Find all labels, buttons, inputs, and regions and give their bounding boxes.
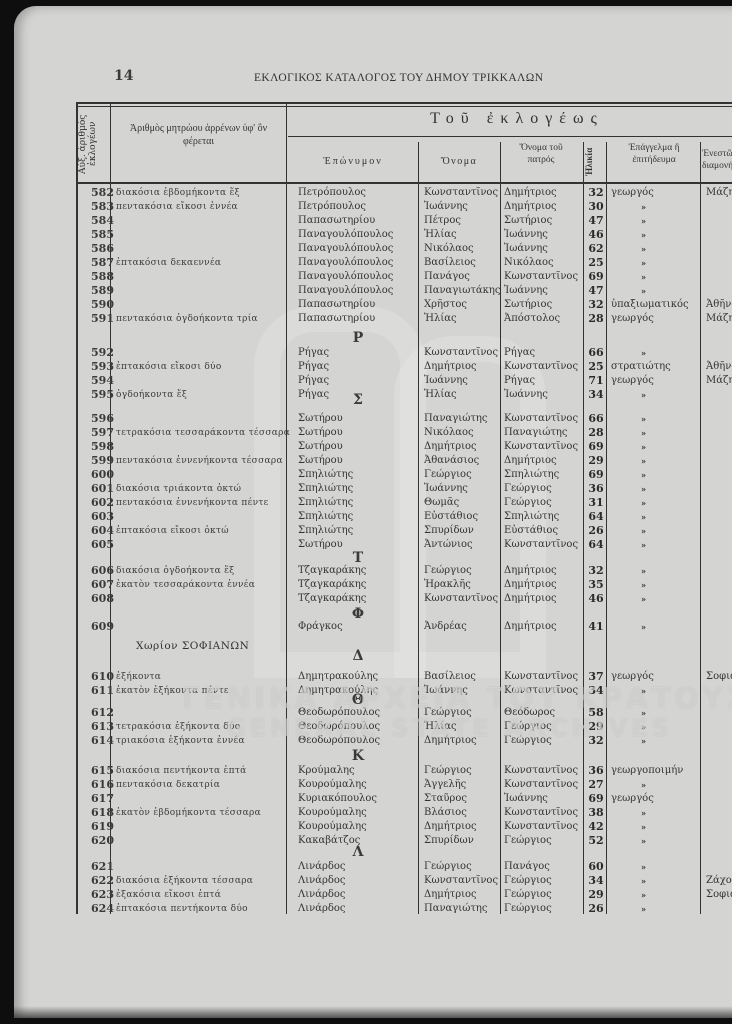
register-number-words-cell: διακόσια πεντήκοντα ἑπτά xyxy=(116,764,247,778)
age-cell: 25 xyxy=(586,256,606,270)
surname-cell: Παναγουλόπουλος xyxy=(298,256,393,270)
table-row: 603ΣπηλιώτηςΕὐστάθιοςΣπηλιώτης64»» xyxy=(76,510,732,524)
father-name-cell: Σπηλιώτης xyxy=(504,510,559,524)
occupation-cell: » xyxy=(641,496,646,510)
age-cell: 69 xyxy=(586,468,606,482)
occupation-cell: » xyxy=(641,902,646,916)
surname-cell: Σπηλιώτης xyxy=(298,524,353,538)
father-name-cell: Παναγιώτης xyxy=(504,426,567,440)
surname-cell: Σωτήρου xyxy=(298,426,343,440)
table-row: 604ἑπτακόσια εἴκοσι ὀκτώΣπηλιώτηςΣπυρίδω… xyxy=(76,524,732,538)
table-row: 616πεντακόσια δεκατρίαΚουρούμαληςἈγγελῆς… xyxy=(76,778,732,792)
table-row: 582διακόσια ἑβδομήκοντα ἕξΠετρόπουλοςΚων… xyxy=(76,186,732,200)
serial-number-cell: 600 xyxy=(84,468,114,482)
surname-cell: Λινάρδος xyxy=(298,874,346,888)
residence-cell: Ζάχολην xyxy=(706,874,732,888)
occupation-cell: » xyxy=(641,578,646,592)
watermark-text-greek: ΓΕΝΙΚΑ ΑΡΧΕΙΑ ΤΟΥ ΚΡΑΤΟΥΣ xyxy=(182,682,732,715)
serial-number-cell: 621 xyxy=(84,860,114,874)
age-cell: 69 xyxy=(586,270,606,284)
father-name-cell: Κωνσταντῖνος xyxy=(504,778,578,792)
running-title: ΕΚΛΟΓΙΚΟΣ ΚΑΤΑΛΟΓΟΣ ΤΟΥ ΔΗΜΟΥ ΤΡΙΚΚΑΛΩΝ xyxy=(254,72,543,84)
serial-number-cell: 604 xyxy=(84,524,114,538)
table-row: 588ΠαναγουλόπουλοςΠανάγοςΚωνσταντῖνος69»… xyxy=(76,270,732,284)
table-row: 605ΣωτήρουἈντώνιοςΚωνσταντῖνος64»» xyxy=(76,538,732,552)
register-number-words-cell: ἑπτακόσια πεντήκοντα δύο xyxy=(116,902,248,916)
table-row: 620ΚακαβάτζοςΣπυρίδωνΓεώργιος52»» xyxy=(76,834,732,848)
letter-heading: Κ xyxy=(338,748,378,764)
register-number-words-cell: ἑξακόσια εἴκοσι ἑπτά xyxy=(116,888,221,902)
serial-number-cell: 620 xyxy=(84,834,114,848)
first-name-cell: Ἰωάννης xyxy=(424,200,468,214)
serial-number-cell: 596 xyxy=(84,412,114,426)
first-name-cell: Νικόλαος xyxy=(424,242,474,256)
age-cell: 66 xyxy=(586,412,606,426)
first-name-cell: Γεώργιος xyxy=(424,468,472,482)
serial-number-cell: 593 xyxy=(84,360,114,374)
header-father-name: Ὄνομα τοῦ πατρός xyxy=(506,142,576,166)
serial-number-cell: 610 xyxy=(84,670,114,684)
header-voter-group: Τοῦ ἐκλογέως xyxy=(288,110,732,128)
serial-number-cell: 582 xyxy=(84,186,114,200)
age-cell: 64 xyxy=(586,538,606,552)
occupation-cell: » xyxy=(641,284,646,298)
first-name-cell: Ἠλίας xyxy=(424,312,457,326)
surname-cell: Τζαγκαράκης xyxy=(298,578,366,592)
register-number-words-cell: διακόσια ὀγδοήκοντα ἕξ xyxy=(116,564,235,578)
first-name-cell: Γεώργιος xyxy=(424,860,472,874)
father-name-cell: Ἀπόστολος xyxy=(504,312,560,326)
father-name-cell: Κωνσταντῖνος xyxy=(504,440,578,454)
table-row: 583πεντακόσια εἴκοσι ἐννέαΠετρόπουλοςἸωά… xyxy=(76,200,732,214)
occupation-cell: » xyxy=(641,256,646,270)
age-cell: 47 xyxy=(586,284,606,298)
surname-cell: Σωτήρου xyxy=(298,538,343,552)
first-name-cell: Βασίλειος xyxy=(424,256,476,270)
surname-cell: Κουρούμαλης xyxy=(298,806,367,820)
serial-number-cell: 612 xyxy=(84,706,114,720)
father-name-cell: Ἰωάννης xyxy=(504,284,548,298)
first-name-cell: Δημήτριος xyxy=(424,440,477,454)
table-row: 599πεντακόσια ἐννενήκοντα τέσσαραΣωτήρου… xyxy=(76,454,732,468)
father-name-cell: Γεώργιος xyxy=(504,902,552,916)
father-name-cell: Δημήτριος xyxy=(504,200,557,214)
age-cell: 26 xyxy=(586,902,606,916)
serial-number-cell: 592 xyxy=(84,346,114,360)
father-name-cell: Κωνσταντῖνος xyxy=(504,820,578,834)
serial-number-cell: 615 xyxy=(84,764,114,778)
document-page: 14 ΕΚΛΟΓΙΚΟΣ ΚΑΤΑΛΟΓΟΣ ΤΟΥ ΔΗΜΟΥ ΤΡΙΚΚΑΛ… xyxy=(14,6,732,1018)
table-row: 594ΡήγαςἸωάννηςΡήγας71γεωργόςΜάζη xyxy=(76,374,732,388)
surname-cell: Λινάρδος xyxy=(298,888,346,902)
father-name-cell: Ἰωάννης xyxy=(504,792,548,806)
table-row: 608ΤζαγκαράκηςΚωνσταντῖνοςΔημήτριος46»» xyxy=(76,592,732,606)
first-name-cell: Ἀθανάσιος xyxy=(424,454,479,468)
father-name-cell: Κωνσταντῖνος xyxy=(504,806,578,820)
register-number-words-cell: τετρακόσια τεσσαράκοντα τέσσαρα xyxy=(116,426,290,440)
register-number-words-cell: πεντακόσια ἐννενήκοντα τέσσαρα xyxy=(116,454,283,468)
first-name-cell: Γεώργιος xyxy=(424,764,472,778)
father-name-cell: Σπηλιώτης xyxy=(504,468,559,482)
surname-cell: Πετρόπουλος xyxy=(298,200,366,214)
surname-cell: Ρήγας xyxy=(298,388,329,402)
father-name-cell: Γεώργιος xyxy=(504,496,552,510)
table-row: 617ΚυριακόπουλοςΣταῦροςἸωάννης69γεωργός» xyxy=(76,792,732,806)
register-number-words-cell: πεντακόσια ὀγδοήκοντα τρία xyxy=(116,312,258,326)
serial-number-cell: 605 xyxy=(84,538,114,552)
table-row: 592ΡήγαςΚωνσταντῖνοςΡήγας66»» xyxy=(76,346,732,360)
serial-number-cell: 591 xyxy=(84,312,114,326)
register-number-words-cell: τετρακόσια ἑξήκοντα δύο xyxy=(116,720,240,734)
occupation-cell: » xyxy=(641,778,646,792)
serial-number-cell: 588 xyxy=(84,270,114,284)
serial-number-cell: 622 xyxy=(84,874,114,888)
first-name-cell: Βλάσιος xyxy=(424,806,467,820)
register-number-words-cell: ἑπτακόσια δεκαεννέα xyxy=(116,256,221,270)
village-section-title: Χωρίον ΣΟΦΙΑΝΩΝ xyxy=(136,640,249,652)
table-row: 585ΠαναγουλόπουλοςἨλίαςἸωάννης46»» xyxy=(76,228,732,242)
father-name-cell: Γεώργιος xyxy=(504,482,552,496)
header-serial-number: Αὐξ. ἀριθμὸς ἐκλογέων xyxy=(78,104,108,184)
surname-cell: Σπηλιώτης xyxy=(298,482,353,496)
age-cell: 34 xyxy=(586,874,606,888)
voter-register-table: Αὐξ. ἀριθμὸς ἐκλογέων Ἀριθμὸς μητρώου ἀρ… xyxy=(76,102,732,922)
occupation-cell: » xyxy=(641,860,646,874)
age-cell: 42 xyxy=(586,820,606,834)
father-name-cell: Γεώργιος xyxy=(504,888,552,902)
occupation-cell: » xyxy=(641,200,646,214)
table-row: 595ὀγδοήκοντα ἕξΡήγαςἨλίαςἸωάννης34»» xyxy=(76,388,732,402)
father-name-cell: Κωνσταντῖνος xyxy=(504,412,578,426)
occupation-cell: » xyxy=(641,454,646,468)
first-name-cell: Ἀγγελῆς xyxy=(424,778,466,792)
occupation-cell: » xyxy=(641,482,646,496)
father-name-cell: Δημήτριος xyxy=(504,578,557,592)
serial-number-cell: 584 xyxy=(84,214,114,228)
serial-number-cell: 609 xyxy=(84,620,114,634)
occupation-cell: » xyxy=(641,468,646,482)
table-row: 624ἑπτακόσια πεντήκοντα δύοΛινάρδοςΠαναγ… xyxy=(76,902,732,916)
header-residence: Ἐνεστῶσα διαμονή xyxy=(702,148,732,172)
table-row: 619ΚουρούμαληςΔημήτριοςΚωνσταντῖνος42»» xyxy=(76,820,732,834)
serial-number-cell: 606 xyxy=(84,564,114,578)
table-row: 596ΣωτήρουΠαναγιώτηςΚωνσταντῖνος66»» xyxy=(76,412,732,426)
father-name-cell: Δημήτριος xyxy=(504,454,557,468)
occupation-cell: » xyxy=(641,440,646,454)
age-cell: 69 xyxy=(586,792,606,806)
serial-number-cell: 585 xyxy=(84,228,114,242)
occupation-cell: » xyxy=(641,270,646,284)
residence-cell: Μάζη xyxy=(706,312,732,326)
father-name-cell: Κωνσταντῖνος xyxy=(504,270,578,284)
serial-number-cell: 611 xyxy=(84,684,114,698)
occupation-cell: » xyxy=(641,538,646,552)
age-cell: 27 xyxy=(586,778,606,792)
surname-cell: Λινάρδος xyxy=(298,860,346,874)
serial-number-cell: 599 xyxy=(84,454,114,468)
occupation-cell: » xyxy=(641,564,646,578)
surname-cell: Ρήγας xyxy=(298,374,329,388)
first-name-cell: Κωνσταντῖνος xyxy=(424,592,498,606)
header-bottom-rule xyxy=(76,182,732,184)
first-name-cell: Ἰωάννης xyxy=(424,482,468,496)
age-cell: 35 xyxy=(586,578,606,592)
occupation-cell: » xyxy=(641,510,646,524)
occupation-cell: » xyxy=(641,820,646,834)
serial-number-cell: 617 xyxy=(84,792,114,806)
first-name-cell: Ἀνδρέας xyxy=(424,620,467,634)
age-cell: 46 xyxy=(586,228,606,242)
serial-number-cell: 603 xyxy=(84,510,114,524)
surname-cell: Σπηλιώτης xyxy=(298,496,353,510)
occupation-cell: στρατιώτης xyxy=(611,360,671,374)
father-name-cell: Σωτήριος xyxy=(504,214,552,228)
residence-cell: Μάζη xyxy=(706,374,732,388)
serial-number-cell: 595 xyxy=(84,388,114,402)
serial-number-cell: 623 xyxy=(84,888,114,902)
occupation-cell: γεωργός xyxy=(611,186,654,200)
occupation-cell: » xyxy=(641,806,646,820)
header-first-name: Ὄνομα xyxy=(418,156,500,167)
father-name-cell: Νικόλαος xyxy=(504,256,554,270)
residence-cell: Μάζη xyxy=(706,186,732,200)
age-cell: 66 xyxy=(586,346,606,360)
surname-cell: Παπασωτηρίου xyxy=(298,214,375,228)
first-name-cell: Σπυρίδων xyxy=(424,524,474,538)
first-name-cell: Κωνσταντῖνος xyxy=(424,874,498,888)
first-name-cell: Σταῦρος xyxy=(424,792,467,806)
father-name-cell: Πανάγος xyxy=(504,860,550,874)
occupation-cell: » xyxy=(641,874,646,888)
table-top-rule-thin xyxy=(76,106,732,107)
first-name-cell: Νικόλαος xyxy=(424,426,474,440)
age-cell: 31 xyxy=(586,496,606,510)
table-row: 623ἑξακόσια εἴκοσι ἑπτάΛινάρδοςΔημήτριος… xyxy=(76,888,732,902)
age-cell: 32 xyxy=(586,564,606,578)
serial-number-cell: 601 xyxy=(84,482,114,496)
first-name-cell: Πανάγος xyxy=(424,270,470,284)
first-name-cell: Εὐστάθιος xyxy=(424,510,478,524)
table-row: 591πεντακόσια ὀγδοήκοντα τρίαΠαπασωτηρίο… xyxy=(76,312,732,326)
occupation-cell: ὑπαξιωματικός xyxy=(611,298,689,312)
occupation-cell: » xyxy=(641,834,646,848)
age-cell: 47 xyxy=(586,214,606,228)
age-cell: 64 xyxy=(586,510,606,524)
age-cell: 36 xyxy=(586,764,606,778)
table-row: 597τετρακόσια τεσσαράκοντα τέσσαραΣωτήρο… xyxy=(76,426,732,440)
surname-cell: Κακαβάτζος xyxy=(298,834,360,848)
first-name-cell: Κωνσταντῖνος xyxy=(424,186,498,200)
surname-cell: Παπασωτηρίου xyxy=(298,312,375,326)
surname-cell: Παναγουλόπουλος xyxy=(298,284,393,298)
surname-cell: Κουρούμαλης xyxy=(298,778,367,792)
surname-cell: Παναγουλόπουλος xyxy=(298,228,393,242)
father-name-cell: Δημήτριος xyxy=(504,620,557,634)
father-name-cell: Ἰωάννης xyxy=(504,228,548,242)
age-cell: 28 xyxy=(586,426,606,440)
first-name-cell: Ἠλίας xyxy=(424,388,457,402)
occupation-cell: » xyxy=(641,620,646,634)
father-name-cell: Εὐστάθιος xyxy=(504,524,558,538)
surname-cell: Σωτήρου xyxy=(298,454,343,468)
serial-number-cell: 619 xyxy=(84,820,114,834)
father-name-cell: Δημήτριος xyxy=(504,564,557,578)
age-cell: 26 xyxy=(586,524,606,538)
table-row: 602πεντακόσια ἐννενήκοντα πέντεΣπηλιώτης… xyxy=(76,496,732,510)
age-cell: 46 xyxy=(586,592,606,606)
header-occupation: Ἐπάγγελμα ἢ ἐπιτήδευμα xyxy=(610,142,698,166)
table-row: 598ΣωτήρουΔημήτριοςΚωνσταντῖνος69»» xyxy=(76,440,732,454)
register-number-words-cell: ἑκατὸν τεσσαράκοντα ἐννέα xyxy=(116,578,255,592)
letter-heading: Δ xyxy=(338,648,378,664)
residence-cell: Ἀθῆναι xyxy=(706,360,732,374)
serial-number-cell: 583 xyxy=(84,200,114,214)
occupation-cell: » xyxy=(641,214,646,228)
surname-cell: Κυριακόπουλος xyxy=(298,792,377,806)
serial-number-cell: 607 xyxy=(84,578,114,592)
register-number-words-cell: διακόσια ἑβδομήκοντα ἕξ xyxy=(116,186,240,200)
father-name-cell: Κωνσταντῖνος xyxy=(504,538,578,552)
first-name-cell: Παναγιωτάκης xyxy=(424,284,500,298)
occupation-cell: γεωργός xyxy=(611,374,654,388)
first-name-cell: Χρῆστος xyxy=(424,298,467,312)
first-name-cell: Θωμᾶς xyxy=(424,496,459,510)
age-cell: 60 xyxy=(586,860,606,874)
register-number-words-cell: διακόσια ἑξήκοντα τέσσαρα xyxy=(116,874,253,888)
first-name-cell: Γεώργιος xyxy=(424,564,472,578)
father-name-cell: Ρήγας xyxy=(504,346,535,360)
occupation-cell: » xyxy=(641,524,646,538)
father-name-cell: Δημήτριος xyxy=(504,186,557,200)
father-name-cell: Ἰωάννης xyxy=(504,242,548,256)
table-row: 607ἑκατὸν τεσσαράκοντα ἐννέαΤζαγκαράκηςἨ… xyxy=(76,578,732,592)
age-cell: 29 xyxy=(586,888,606,902)
page-number: 14 xyxy=(114,68,133,84)
header-surname: Ἐπώνυμον xyxy=(288,156,418,167)
letter-heading: Ρ xyxy=(338,330,378,346)
table-row: 584ΠαπασωτηρίουΠέτροςΣωτήριος47»» xyxy=(76,214,732,228)
father-name-cell: Ἰωάννης xyxy=(504,388,548,402)
register-number-words-cell: ἑξήκοντα xyxy=(116,670,161,684)
table-row: 606διακόσια ὀγδοήκοντα ἕξΤζαγκαράκηςΓεώρ… xyxy=(76,564,732,578)
register-number-words-cell: πεντακόσια δεκατρία xyxy=(116,778,220,792)
table-row: 587ἑπτακόσια δεκαεννέαΠαναγουλόπουλοςΒασ… xyxy=(76,256,732,270)
watermark-text-english: GENERAL STATE ARCHIVES xyxy=(226,714,673,742)
father-name-cell: Κωνσταντῖνος xyxy=(504,764,578,778)
register-number-words-cell: ἑκατὸν ἑβδομήκοντα τέσσαρα xyxy=(116,806,261,820)
age-cell: 30 xyxy=(586,200,606,214)
surname-cell: Σπηλιώτης xyxy=(298,510,353,524)
register-number-words-cell: πεντακόσια ἐννενήκοντα πέντε xyxy=(116,496,269,510)
occupation-cell: γεωργός xyxy=(611,792,654,806)
father-name-cell: Ρήγας xyxy=(504,374,535,388)
first-name-cell: Δημήτριος xyxy=(424,820,477,834)
first-name-cell: Πέτρος xyxy=(424,214,461,228)
table-row: 622διακόσια ἑξήκοντα τέσσαραΛινάρδοςΚωνσ… xyxy=(76,874,732,888)
age-cell: 38 xyxy=(586,806,606,820)
first-name-cell: Ἰωάννης xyxy=(424,374,468,388)
table-row: 601διακόσια τριάκοντα ὀκτώΣπηλιώτηςἸωάνν… xyxy=(76,482,732,496)
surname-cell: Ρήγας xyxy=(298,346,329,360)
table-row: 621ΛινάρδοςΓεώργιοςΠανάγος60»» xyxy=(76,860,732,874)
father-name-cell: Δημήτριος xyxy=(504,592,557,606)
age-cell: 34 xyxy=(586,388,606,402)
surname-cell: Παπασωτηρίου xyxy=(298,298,375,312)
serial-number-cell: 589 xyxy=(84,284,114,298)
father-name-cell: Γεώργιος xyxy=(504,834,552,848)
table-row: 615διακόσια πεντήκοντα ἑπτάΚρούμαληςΓεώρ… xyxy=(76,764,732,778)
serial-number-cell: 587 xyxy=(84,256,114,270)
surname-cell: Σωτήρου xyxy=(298,440,343,454)
age-cell: 41 xyxy=(586,620,606,634)
occupation-cell: » xyxy=(641,412,646,426)
serial-number-cell: 602 xyxy=(84,496,114,510)
residence-cell: Σοφιανά xyxy=(706,888,732,902)
serial-number-cell: 618 xyxy=(84,806,114,820)
surname-cell: Παναγουλόπουλος xyxy=(298,242,393,256)
surname-cell: Σωτήρου xyxy=(298,412,343,426)
surname-cell: Παναγουλόπουλος xyxy=(298,270,393,284)
group-underline xyxy=(288,136,732,137)
serial-number-cell: 614 xyxy=(84,734,114,748)
table-row: 590ΠαπασωτηρίουΧρῆστοςΣωτήριος32ὑπαξιωμα… xyxy=(76,298,732,312)
father-name-cell: Γεώργιος xyxy=(504,874,552,888)
header-register-number: Ἀριθμὸς μητρώου ἀρρένων ὑφ' ὃν φέρεται xyxy=(116,122,281,148)
serial-number-cell: 624 xyxy=(84,902,114,916)
age-cell: 32 xyxy=(586,298,606,312)
first-name-cell: Κωνσταντῖνος xyxy=(424,346,498,360)
occupation-cell: » xyxy=(641,592,646,606)
occupation-cell: » xyxy=(641,426,646,440)
surname-cell: Φράγκος xyxy=(298,620,343,634)
first-name-cell: Δημήτριος xyxy=(424,888,477,902)
first-name-cell: Παναγιώτης xyxy=(424,412,487,426)
occupation-cell: γεωργός xyxy=(611,312,654,326)
first-name-cell: Σπυρίδων xyxy=(424,834,474,848)
age-cell: 52 xyxy=(586,834,606,848)
occupation-cell: » xyxy=(641,388,646,402)
occupation-cell: γεωργοποιμήν xyxy=(611,764,683,778)
table-row: 593ἑπτακόσια εἴκοσι δύοΡήγαςΔημήτριοςΚων… xyxy=(76,360,732,374)
table-row: 618ἑκατὸν ἑβδομήκοντα τέσσαραΚουρούμαλης… xyxy=(76,806,732,820)
first-name-cell: Ἀντώνιος xyxy=(424,538,473,552)
occupation-cell: » xyxy=(641,888,646,902)
first-name-cell: Παναγιώτης xyxy=(424,902,487,916)
serial-number-cell: 598 xyxy=(84,440,114,454)
table-row: 586ΠαναγουλόπουλοςΝικόλαοςἸωάννης62»» xyxy=(76,242,732,256)
serial-number-cell: 613 xyxy=(84,720,114,734)
age-cell: 69 xyxy=(586,440,606,454)
register-number-words-cell: ὀγδοήκοντα ἕξ xyxy=(116,388,187,402)
first-name-cell: Δημήτριος xyxy=(424,360,477,374)
surname-cell: Κουρούμαλης xyxy=(298,820,367,834)
age-cell: 32 xyxy=(586,186,606,200)
surname-cell: Τζαγκαράκης xyxy=(298,564,366,578)
residence-cell: Ἀθῆναι xyxy=(706,298,732,312)
table-row: 609ΦράγκοςἈνδρέαςΔημήτριος41»» xyxy=(76,620,732,634)
age-cell: 25 xyxy=(586,360,606,374)
surname-cell: Σπηλιώτης xyxy=(298,468,353,482)
first-name-cell: Ἠρακλῆς xyxy=(424,578,471,592)
header-age: Ἡλικία xyxy=(584,144,606,180)
register-number-words-cell: διακόσια τριάκοντα ὀκτώ xyxy=(116,482,241,496)
table-row: 589ΠαναγουλόπουλοςΠαναγιωτάκηςἸωάννης47»… xyxy=(76,284,732,298)
serial-number-cell: 590 xyxy=(84,298,114,312)
table-row: 600ΣπηλιώτηςΓεώργιοςΣπηλιώτης69»» xyxy=(76,468,732,482)
occupation-cell: » xyxy=(641,346,646,360)
surname-cell: Πετρόπουλος xyxy=(298,186,366,200)
serial-number-cell: 597 xyxy=(84,426,114,440)
